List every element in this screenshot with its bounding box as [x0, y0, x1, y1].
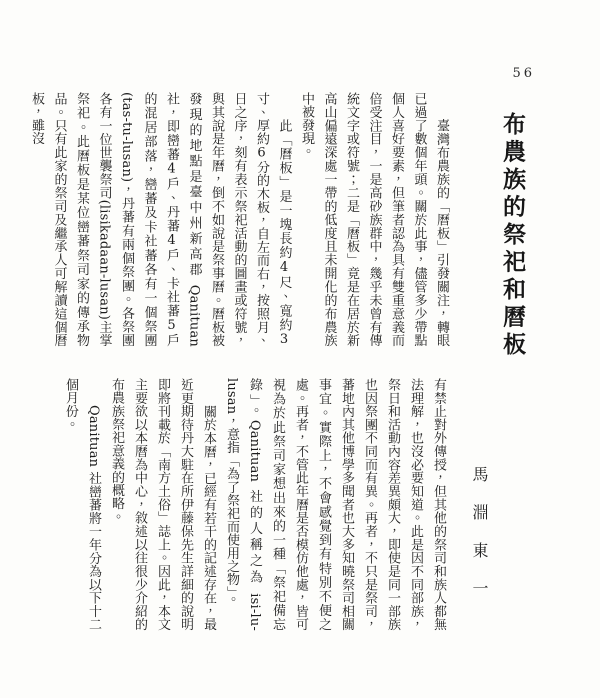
page-number: 56 — [512, 66, 535, 81]
paragraph-2-part-1: 此「曆板」是一塊長約4尺、寬約3寸、厚約6分的木板，自左而右，按照月、日之序，刻… — [25, 92, 295, 347]
author-name: 馬淵東一 — [468, 466, 491, 618]
article-title: 布農族的祭祀和曆板 — [496, 112, 529, 360]
paragraph-2-part-2: 有禁止對外傳授，但其他的祭司和族人都無法理解，也沒必要知道。此是因不同部族，祭日… — [220, 378, 450, 631]
paragraph-3: 關於本曆，已經有若干的記述存在，最近更期待丹大駐在所伊藤保先生詳細的說明即將刊載… — [105, 378, 220, 631]
paragraph-4: Qanituan 社巒蕃將一年分為以下十二個月份。 — [59, 378, 105, 631]
book-page: 56 布農族的祭祀和曆板 臺灣布農族的「曆板」引發關注，轉眼已過了數個年頭。關於… — [0, 0, 600, 698]
text-band-top: 臺灣布農族的「曆板」引發關注，轉眼已過了數個年頭。關於此事，儘管多少帶點個人喜好… — [25, 92, 453, 347]
text-band-bottom: 有禁止對外傳授，但其他的祭司和族人都無法理解，也沒必要知道。此是因不同部族，祭日… — [59, 378, 450, 631]
paragraph-1: 臺灣布農族的「曆板」引發關注，轉眼已過了數個年頭。關於此事，儘管多少帶點個人喜好… — [295, 92, 453, 347]
